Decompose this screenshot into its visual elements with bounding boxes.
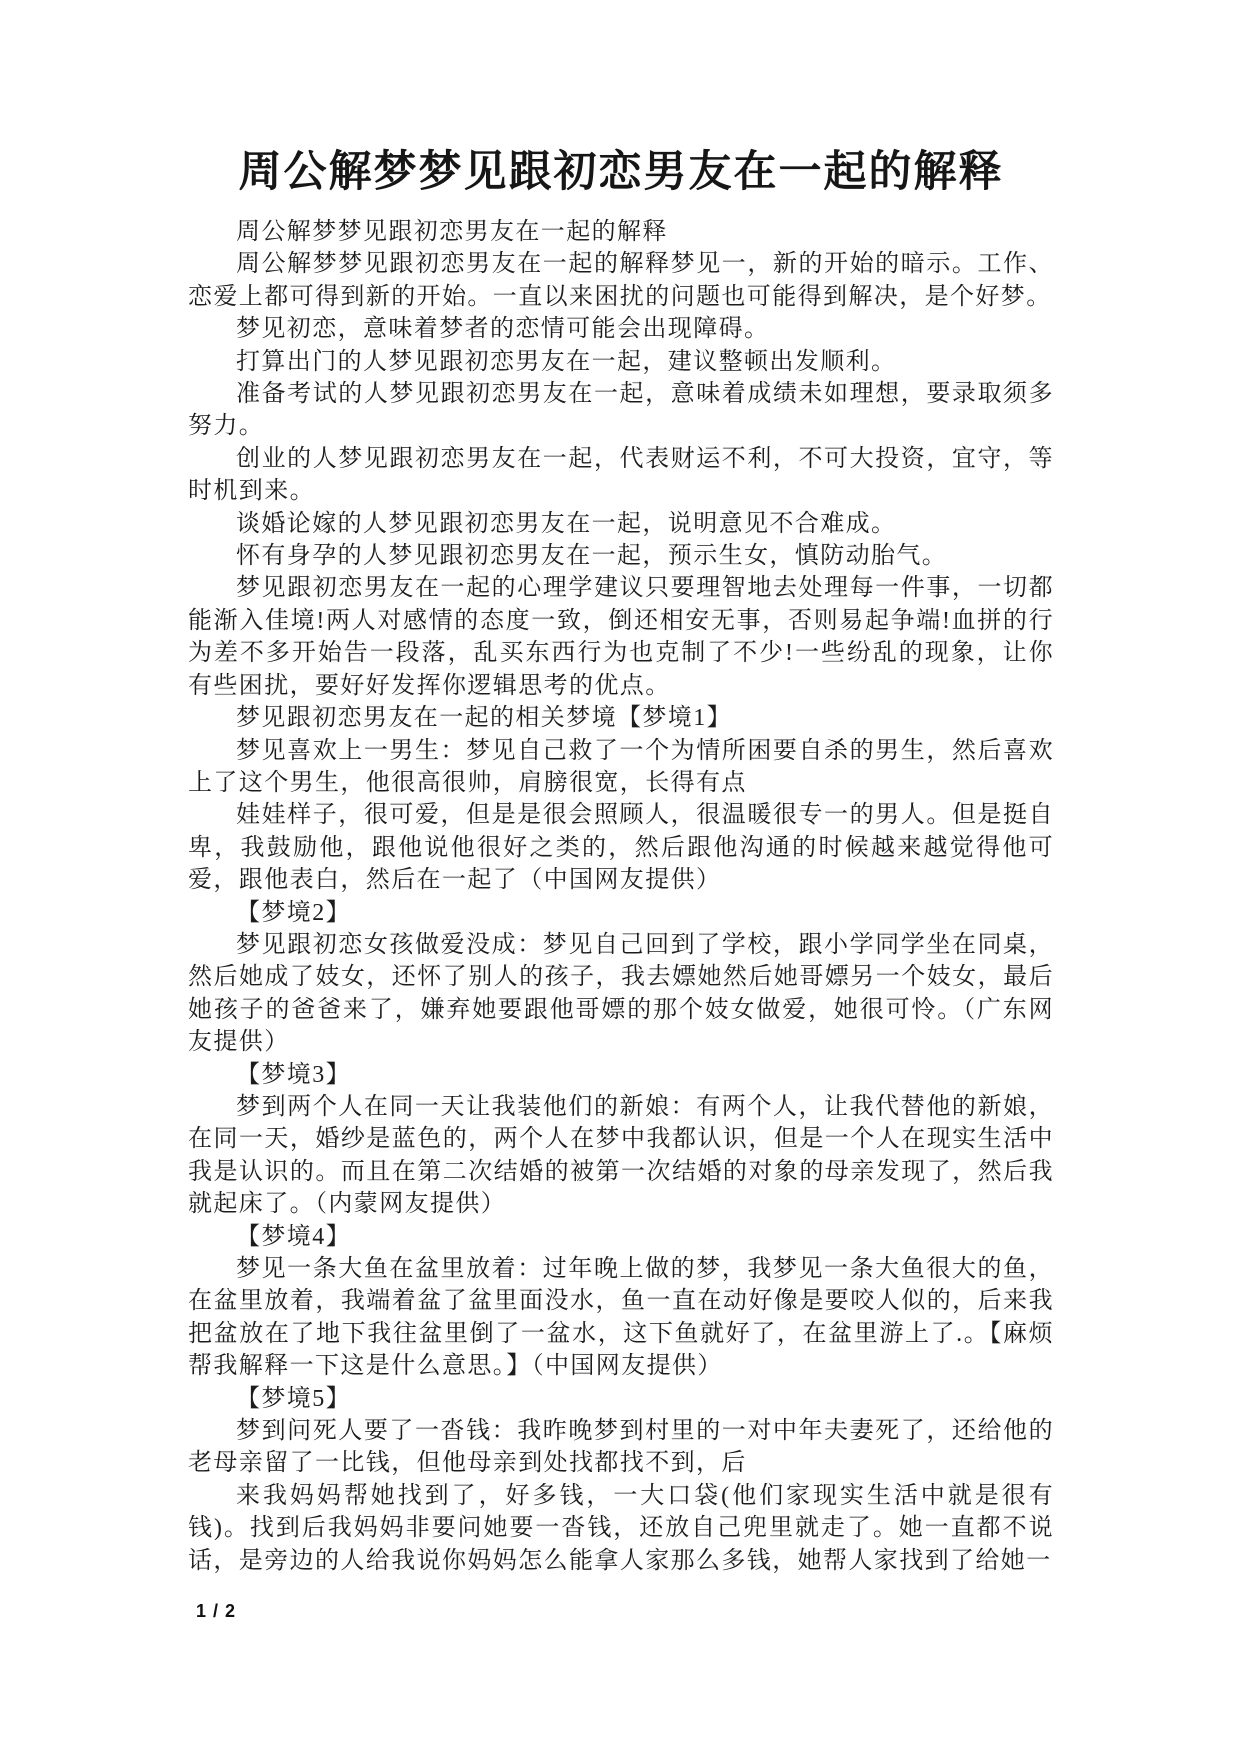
paragraph: 【梦境5】 xyxy=(188,1383,1054,1415)
paragraph: 准备考试的人梦见跟初恋男友在一起，意味着成绩未如理想，要录取须多努力。 xyxy=(188,378,1054,443)
paragraph: 【梦境2】 xyxy=(188,897,1054,929)
paragraph: 谈婚论嫁的人梦见跟初恋男友在一起，说明意见不合难成。 xyxy=(188,508,1054,540)
paragraph: 梦见跟初恋女孩做爱没成：梦见自己回到了学校，跟小学同学坐在同桌，然后她成了妓女，… xyxy=(188,929,1054,1059)
paragraph: 梦见初恋，意味着梦者的恋情可能会出现障碍。 xyxy=(188,313,1054,345)
paragraph: 创业的人梦见跟初恋男友在一起，代表财运不利，不可大投资，宜守，等时机到来。 xyxy=(188,443,1054,508)
paragraph: 【梦境3】 xyxy=(188,1059,1054,1091)
paragraph: 梦到两个人在同一天让我装他们的新娘：有两个人，让我代替他的新娘，在同一天，婚纱是… xyxy=(188,1091,1054,1221)
paragraph: 【梦境4】 xyxy=(188,1221,1054,1253)
paragraph: 打算出门的人梦见跟初恋男友在一起，建议整顿出发顺利。 xyxy=(188,346,1054,378)
paragraph: 梦见喜欢上一男生：梦见自己救了一个为情所困要自杀的男生，然后喜欢上了这个男生，他… xyxy=(188,735,1054,800)
paragraph: 来我妈妈帮她找到了，好多钱，一大口袋(他们家现实生活中就是很有钱)。找到后我妈妈… xyxy=(188,1480,1054,1577)
paragraph: 娃娃样子，很可爱，但是是很会照顾人，很温暖很专一的男人。但是挺自卑，我鼓励他，跟… xyxy=(188,799,1054,896)
page-indicator: 1 / 2 xyxy=(196,1601,236,1622)
paragraph: 怀有身孕的人梦见跟初恋男友在一起，预示生女，慎防动胎气。 xyxy=(188,540,1054,572)
paragraph: 梦见一条大鱼在盆里放着：过年晚上做的梦，我梦见一条大鱼很大的鱼，在盆里放着，我端… xyxy=(188,1253,1054,1383)
document-page: 周公解梦梦见跟初恋男友在一起的解释 周公解梦梦见跟初恋男友在一起的解释周公解梦梦… xyxy=(0,0,1240,1753)
paragraph: 梦见跟初恋男友在一起的相关梦境【梦境1】 xyxy=(188,702,1054,734)
paragraph: 周公解梦梦见跟初恋男友在一起的解释梦见一，新的开始的暗示。工作、恋爱上都可得到新… xyxy=(188,248,1054,313)
paragraph: 周公解梦梦见跟初恋男友在一起的解释 xyxy=(188,216,1054,248)
paragraph: 梦见跟初恋男友在一起的心理学建议只要理智地去处理每一件事，一切都能渐入佳境!两人… xyxy=(188,572,1054,702)
page-title: 周公解梦梦见跟初恋男友在一起的解释 xyxy=(188,146,1054,200)
paragraph: 梦到问死人要了一沓钱：我昨晚梦到村里的一对中年夫妻死了，还给他的老母亲留了一比钱… xyxy=(188,1415,1054,1480)
document-body: 周公解梦梦见跟初恋男友在一起的解释周公解梦梦见跟初恋男友在一起的解释梦见一，新的… xyxy=(188,216,1054,1577)
